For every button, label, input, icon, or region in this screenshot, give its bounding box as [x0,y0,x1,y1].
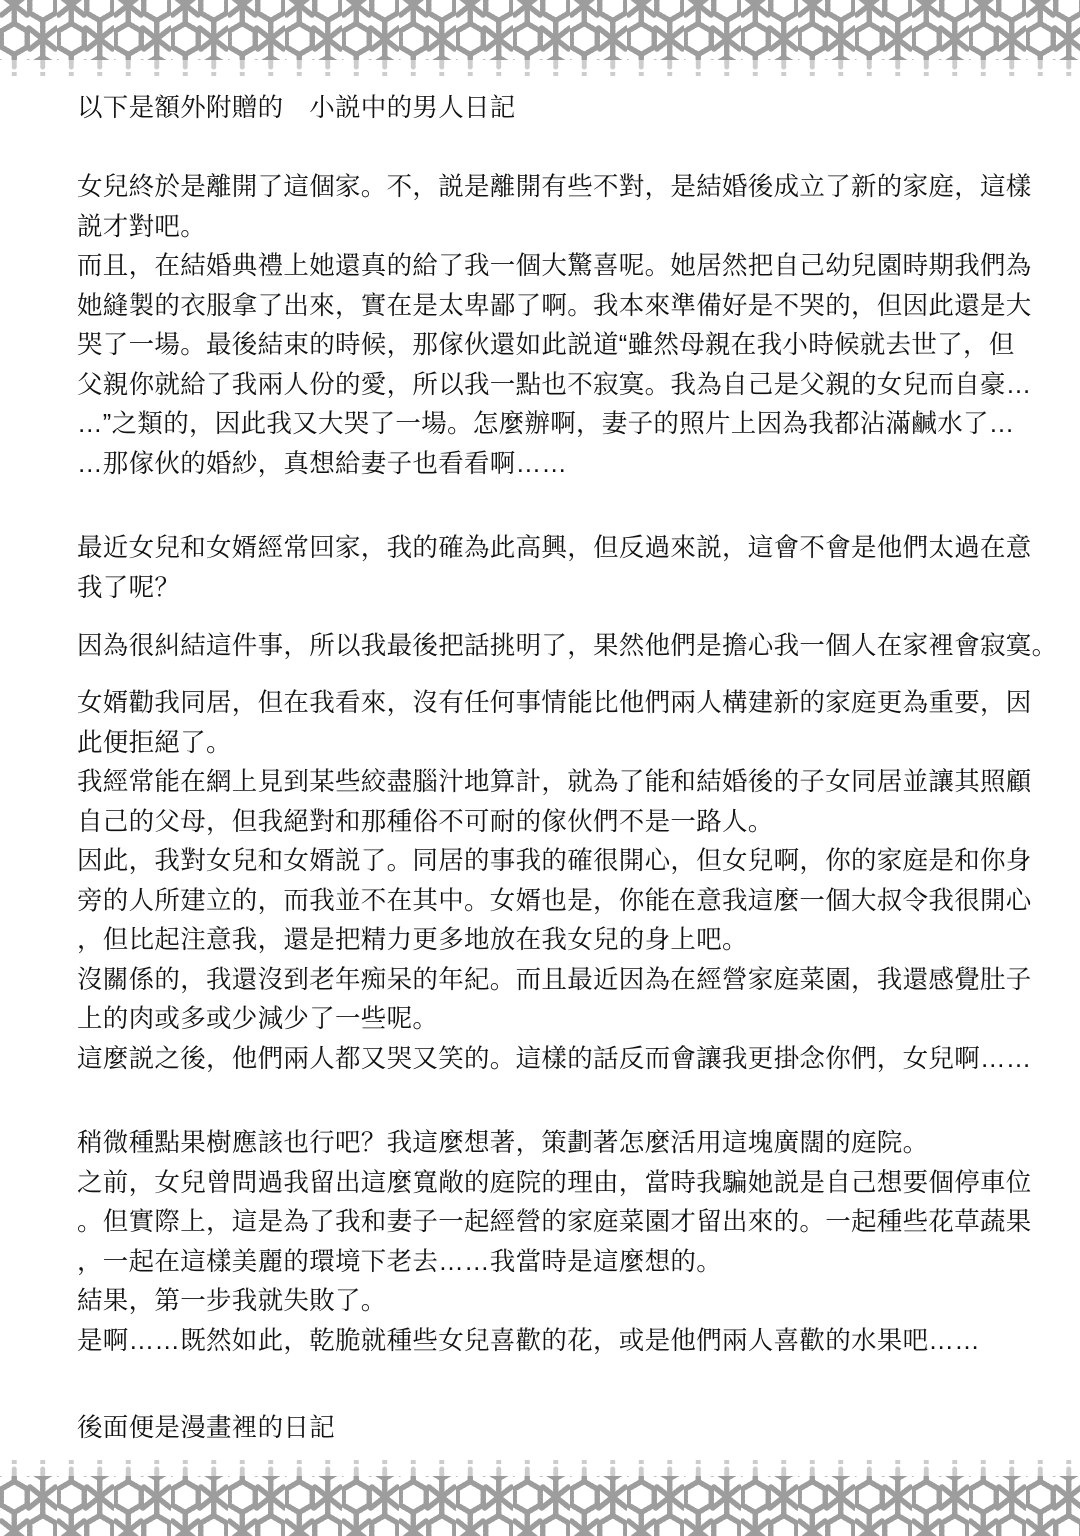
text-line: 結果，第一步我就失敗了。 [77,1282,1037,1322]
text-line: 而且，在結婚典禮上她還真的給了我一個大驚喜呢。她居然把自己幼兒園時期我們為 [77,247,1037,287]
paragraph-3: 因為很糾結這件事，所以我最後把話挑明了，果然他們是擔心我一個人在家裡會寂寞。 [77,627,1037,667]
text-line: 説才對吧。 [77,208,1037,248]
text-line: 哭了一場。最後結束的時候，那傢伙還如此説道“雖然母親在我小時候就去世了，但 [77,326,1037,366]
text-line: 女婿勸我同居，但在我看來，沒有任何事情能比他們兩人構建新的家庭更為重要，因 [77,684,1037,724]
text-line: 她縫製的衣服拿了出來，實在是太卑鄙了啊。我本來準備好是不哭的，但因此還是大 [77,287,1037,327]
lace-pattern-svg-bottom [0,1458,1080,1536]
text-line: 父親你就給了我兩人份的愛，所以我一點也不寂寞。我為自己是父親的女兒而自豪… [77,366,1037,406]
text-line: 。但實際上，這是為了我和妻子一起經營的家庭菜園才留出來的。一起種些花草蔬果 [77,1203,1037,1243]
text-line: 後面便是漫畫裡的日記 [77,1409,1037,1449]
lace-border-top [0,0,1080,78]
text-line: 因此，我對女兒和女婿説了。同居的事我的確很開心，但女兒啊，你的家庭是和你身 [77,842,1037,882]
text-line: 沒關係的，我還沒到老年痴呆的年紀。而且最近因為在經營家庭菜園，我還感覺肚子 [77,961,1037,1001]
text-line: 我經常能在網上見到某些絞盡腦汁地算計，就為了能和結婚後的子女同居並讓其照顧 [77,763,1037,803]
text-line: 因為很糾結這件事，所以我最後把話挑明了，果然他們是擔心我一個人在家裡會寂寞。 [77,627,1037,667]
header-note: 以下是額外附贈的 小説中的男人日記 [77,89,1037,129]
text-line: 是啊……既然如此，乾脆就種些女兒喜歡的花，或是他們兩人喜歡的水果吧…… [77,1322,1037,1362]
text-line: 上的肉或多或少減少了一些呢。 [77,1000,1037,1040]
paragraph-2: 最近女兒和女婿經常回家，我的確為此高興，但反過來説，這會不會是他們太過在意我了呢… [77,529,1037,608]
lace-border-bottom [0,1458,1080,1536]
text-line: ，一起在這樣美麗的環境下老去……我當時是這麼想的。 [77,1243,1037,1283]
text-line: 之前，女兒曾問過我留出這麼寬敞的庭院的理由，當時我騙她説是自己想要個停車位 [77,1164,1037,1204]
text-line: 女兒終於是離開了這個家。不，説是離開有些不對，是結婚後成立了新的家庭，這樣 [77,168,1037,208]
text-line: 旁的人所建立的，而我並不在其中。女婿也是，你能在意我這麼一個大叔令我很開心 [77,882,1037,922]
text-line: 稍微種點果樹應該也行吧？我這麼想著，策劃著怎麼活用這塊廣闊的庭院。 [77,1124,1037,1164]
paragraph-1: 女兒終於是離開了這個家。不，説是離開有些不對，是結婚後成立了新的家庭，這樣説才對… [77,168,1037,484]
text-line: 這麼説之後，他們兩人都又哭又笑的。這樣的話反而會讓我更掛念你們，女兒啊…… [77,1040,1037,1080]
text-line: ，但比起注意我，還是把精力更多地放在我女兒的身上吧。 [77,921,1037,961]
text-line: 我了呢？ [77,569,1037,609]
paragraph-5: 稍微種點果樹應該也行吧？我這麼想著，策劃著怎麼活用這塊廣闊的庭院。之前，女兒曾問… [77,1124,1037,1361]
paragraph-4: 女婿勸我同居，但在我看來，沒有任何事情能比他們兩人構建新的家庭更為重要，因此便拒… [77,684,1037,1079]
text-line: …那傢伙的婚紗，真想給妻子也看看啊…… [77,445,1037,485]
text-line: 自己的父母，但我絕對和那種俗不可耐的傢伙們不是一路人。 [77,803,1037,843]
text-line: 此便拒絕了。 [77,724,1037,764]
text-line: …”之類的，因此我又大哭了一場。怎麼辦啊，妻子的照片上因為我都沾滿鹹水了… [77,405,1037,445]
lace-pattern-svg-top [0,0,1080,78]
text-line: 最近女兒和女婿經常回家，我的確為此高興，但反過來説，這會不會是他們太過在意 [77,529,1037,569]
paragraph-6: 後面便是漫畫裡的日記 [77,1409,1037,1449]
